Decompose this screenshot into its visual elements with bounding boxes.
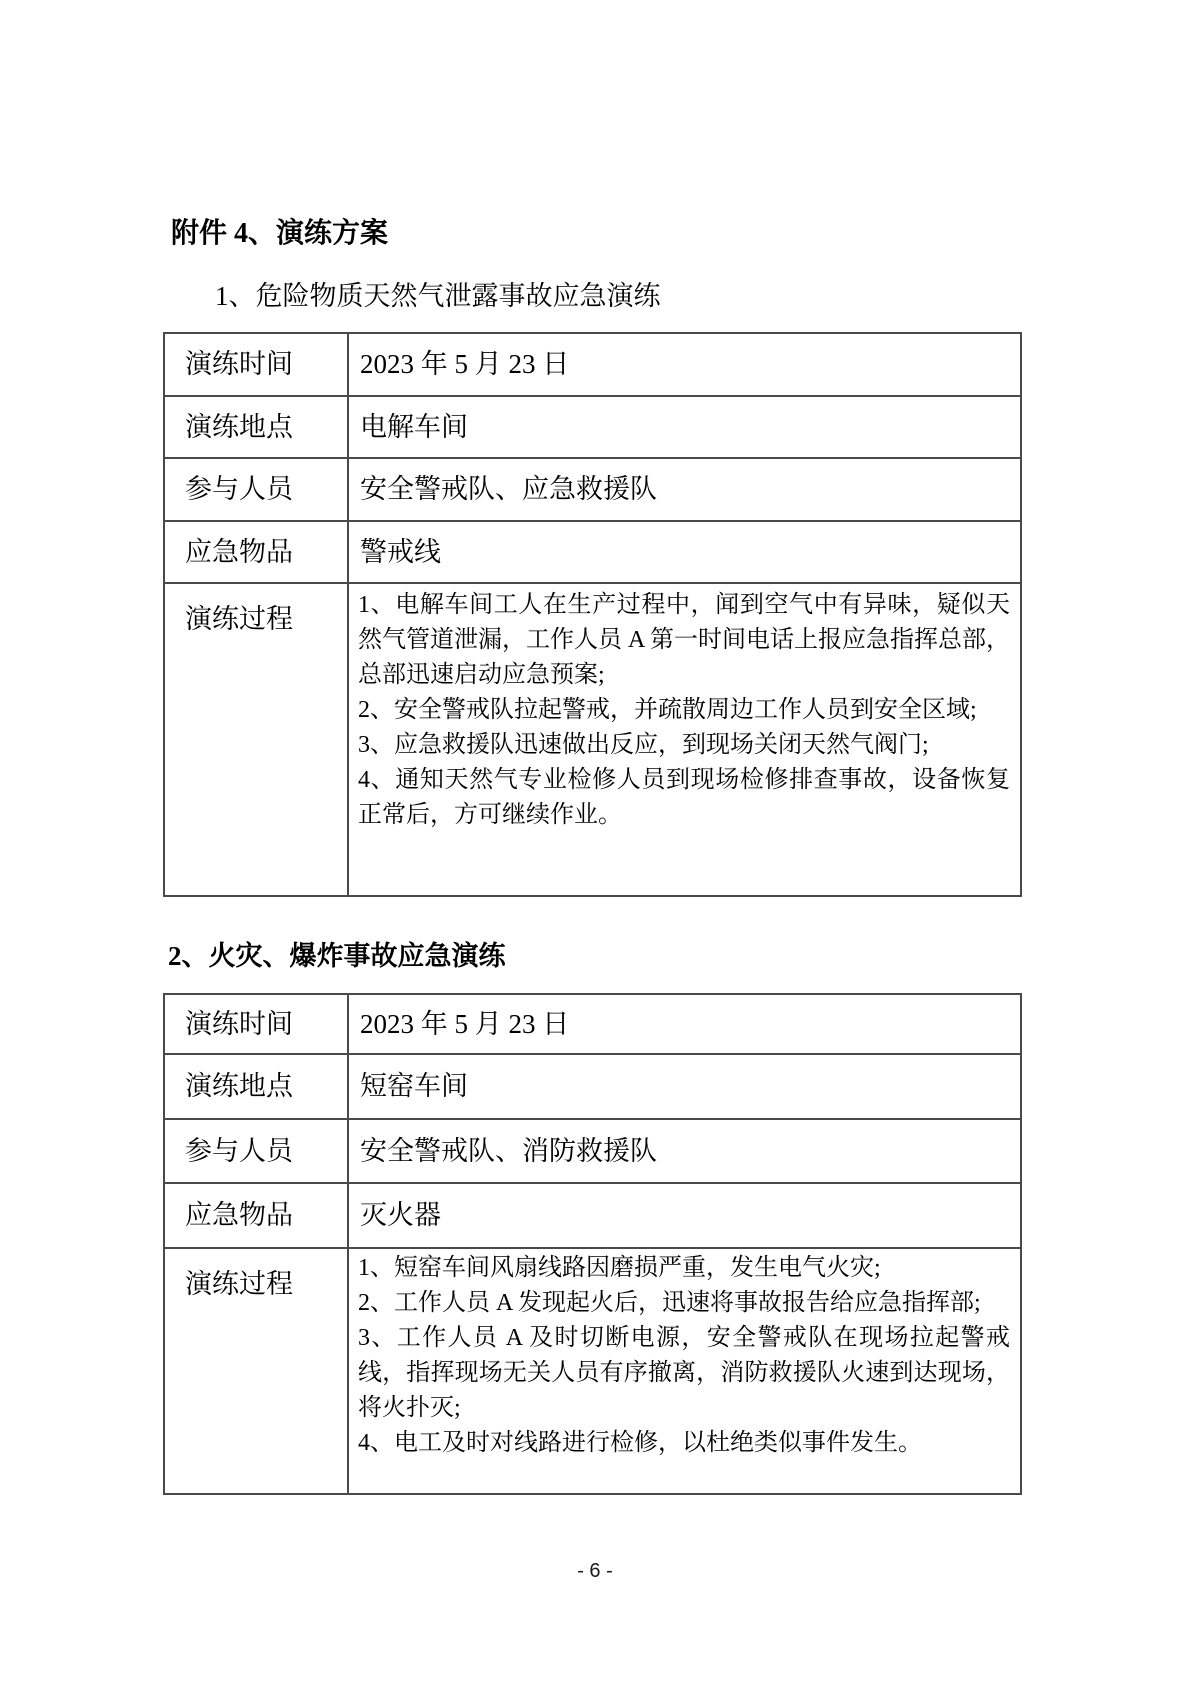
table-row-label: 应急物品: [165, 520, 349, 582]
attachment-title: 附件 4、演练方案: [171, 216, 388, 252]
table-row-value: 安全警戒队、应急救援队: [349, 457, 1020, 520]
drill-process-cell: 1、短窑车间风扇线路因磨损严重，发生电气火灾; 2、工作人员 A 发现起火后，迅…: [349, 1247, 1020, 1493]
table-row-value: 灭火器: [349, 1182, 1020, 1247]
table-row-label: 演练过程: [165, 582, 349, 895]
process-step: 1、电解车间工人在生产过程中，闻到空气中有异味，疑似天然气管道泄漏，工作人员 A…: [358, 588, 1010, 693]
process-step: 1、短窑车间风扇线路因磨损严重，发生电气火灾;: [358, 1251, 1010, 1286]
table-row-value: 警戒线: [349, 520, 1020, 582]
document-page: 附件 4、演练方案 1、危险物质天然气泄露事故应急演练 演练时间 2023 年 …: [0, 0, 1190, 1683]
drill-process-cell: 1、电解车间工人在生产过程中，闻到空气中有异味，疑似天然气管道泄漏，工作人员 A…: [349, 582, 1020, 895]
process-step: 2、安全警戒队拉起警戒，并疏散周边工作人员到安全区域;: [358, 693, 1010, 728]
table-row-label: 演练过程: [165, 1247, 349, 1493]
process-step: 3、工作人员 A 及时切断电源，安全警戒队在现场拉起警戒线，指挥现场无关人员有序…: [358, 1321, 1010, 1426]
section-2-heading: 2、火灾、爆炸事故应急演练: [168, 938, 506, 974]
table-row-value: 2023 年 5 月 23 日: [349, 334, 1020, 395]
page-number: - 6 -: [0, 1560, 1190, 1583]
process-step: 4、通知天然气专业检修人员到现场检修排查事故，设备恢复正常后，方可继续作业。: [358, 763, 1010, 833]
process-step: 3、应急救援队迅速做出反应，到现场关闭天然气阀门;: [358, 728, 1010, 763]
table-row-value: 安全警戒队、消防救援队: [349, 1118, 1020, 1182]
drill-table-2: 演练时间 2023 年 5 月 23 日 演练地点 短窑车间 参与人员 安全警戒…: [163, 993, 1022, 1495]
table-row-label: 参与人员: [165, 1118, 349, 1182]
table-row-label: 参与人员: [165, 457, 349, 520]
table-row-label: 演练时间: [165, 334, 349, 395]
table-row-value: 2023 年 5 月 23 日: [349, 995, 1020, 1053]
table-row-value: 短窑车间: [349, 1053, 1020, 1118]
table-row-label: 演练地点: [165, 395, 349, 457]
process-step: 2、工作人员 A 发现起火后，迅速将事故报告给应急指挥部;: [358, 1286, 1010, 1321]
drill-table-1: 演练时间 2023 年 5 月 23 日 演练地点 电解车间 参与人员 安全警戒…: [163, 332, 1022, 897]
table-row-label: 应急物品: [165, 1182, 349, 1247]
section-1-heading: 1、危险物质天然气泄露事故应急演练: [215, 278, 661, 314]
table-row-value: 电解车间: [349, 395, 1020, 457]
table-row-label: 演练时间: [165, 995, 349, 1053]
table-row-label: 演练地点: [165, 1053, 349, 1118]
process-step: 4、电工及时对线路进行检修，以杜绝类似事件发生。: [358, 1426, 1010, 1461]
